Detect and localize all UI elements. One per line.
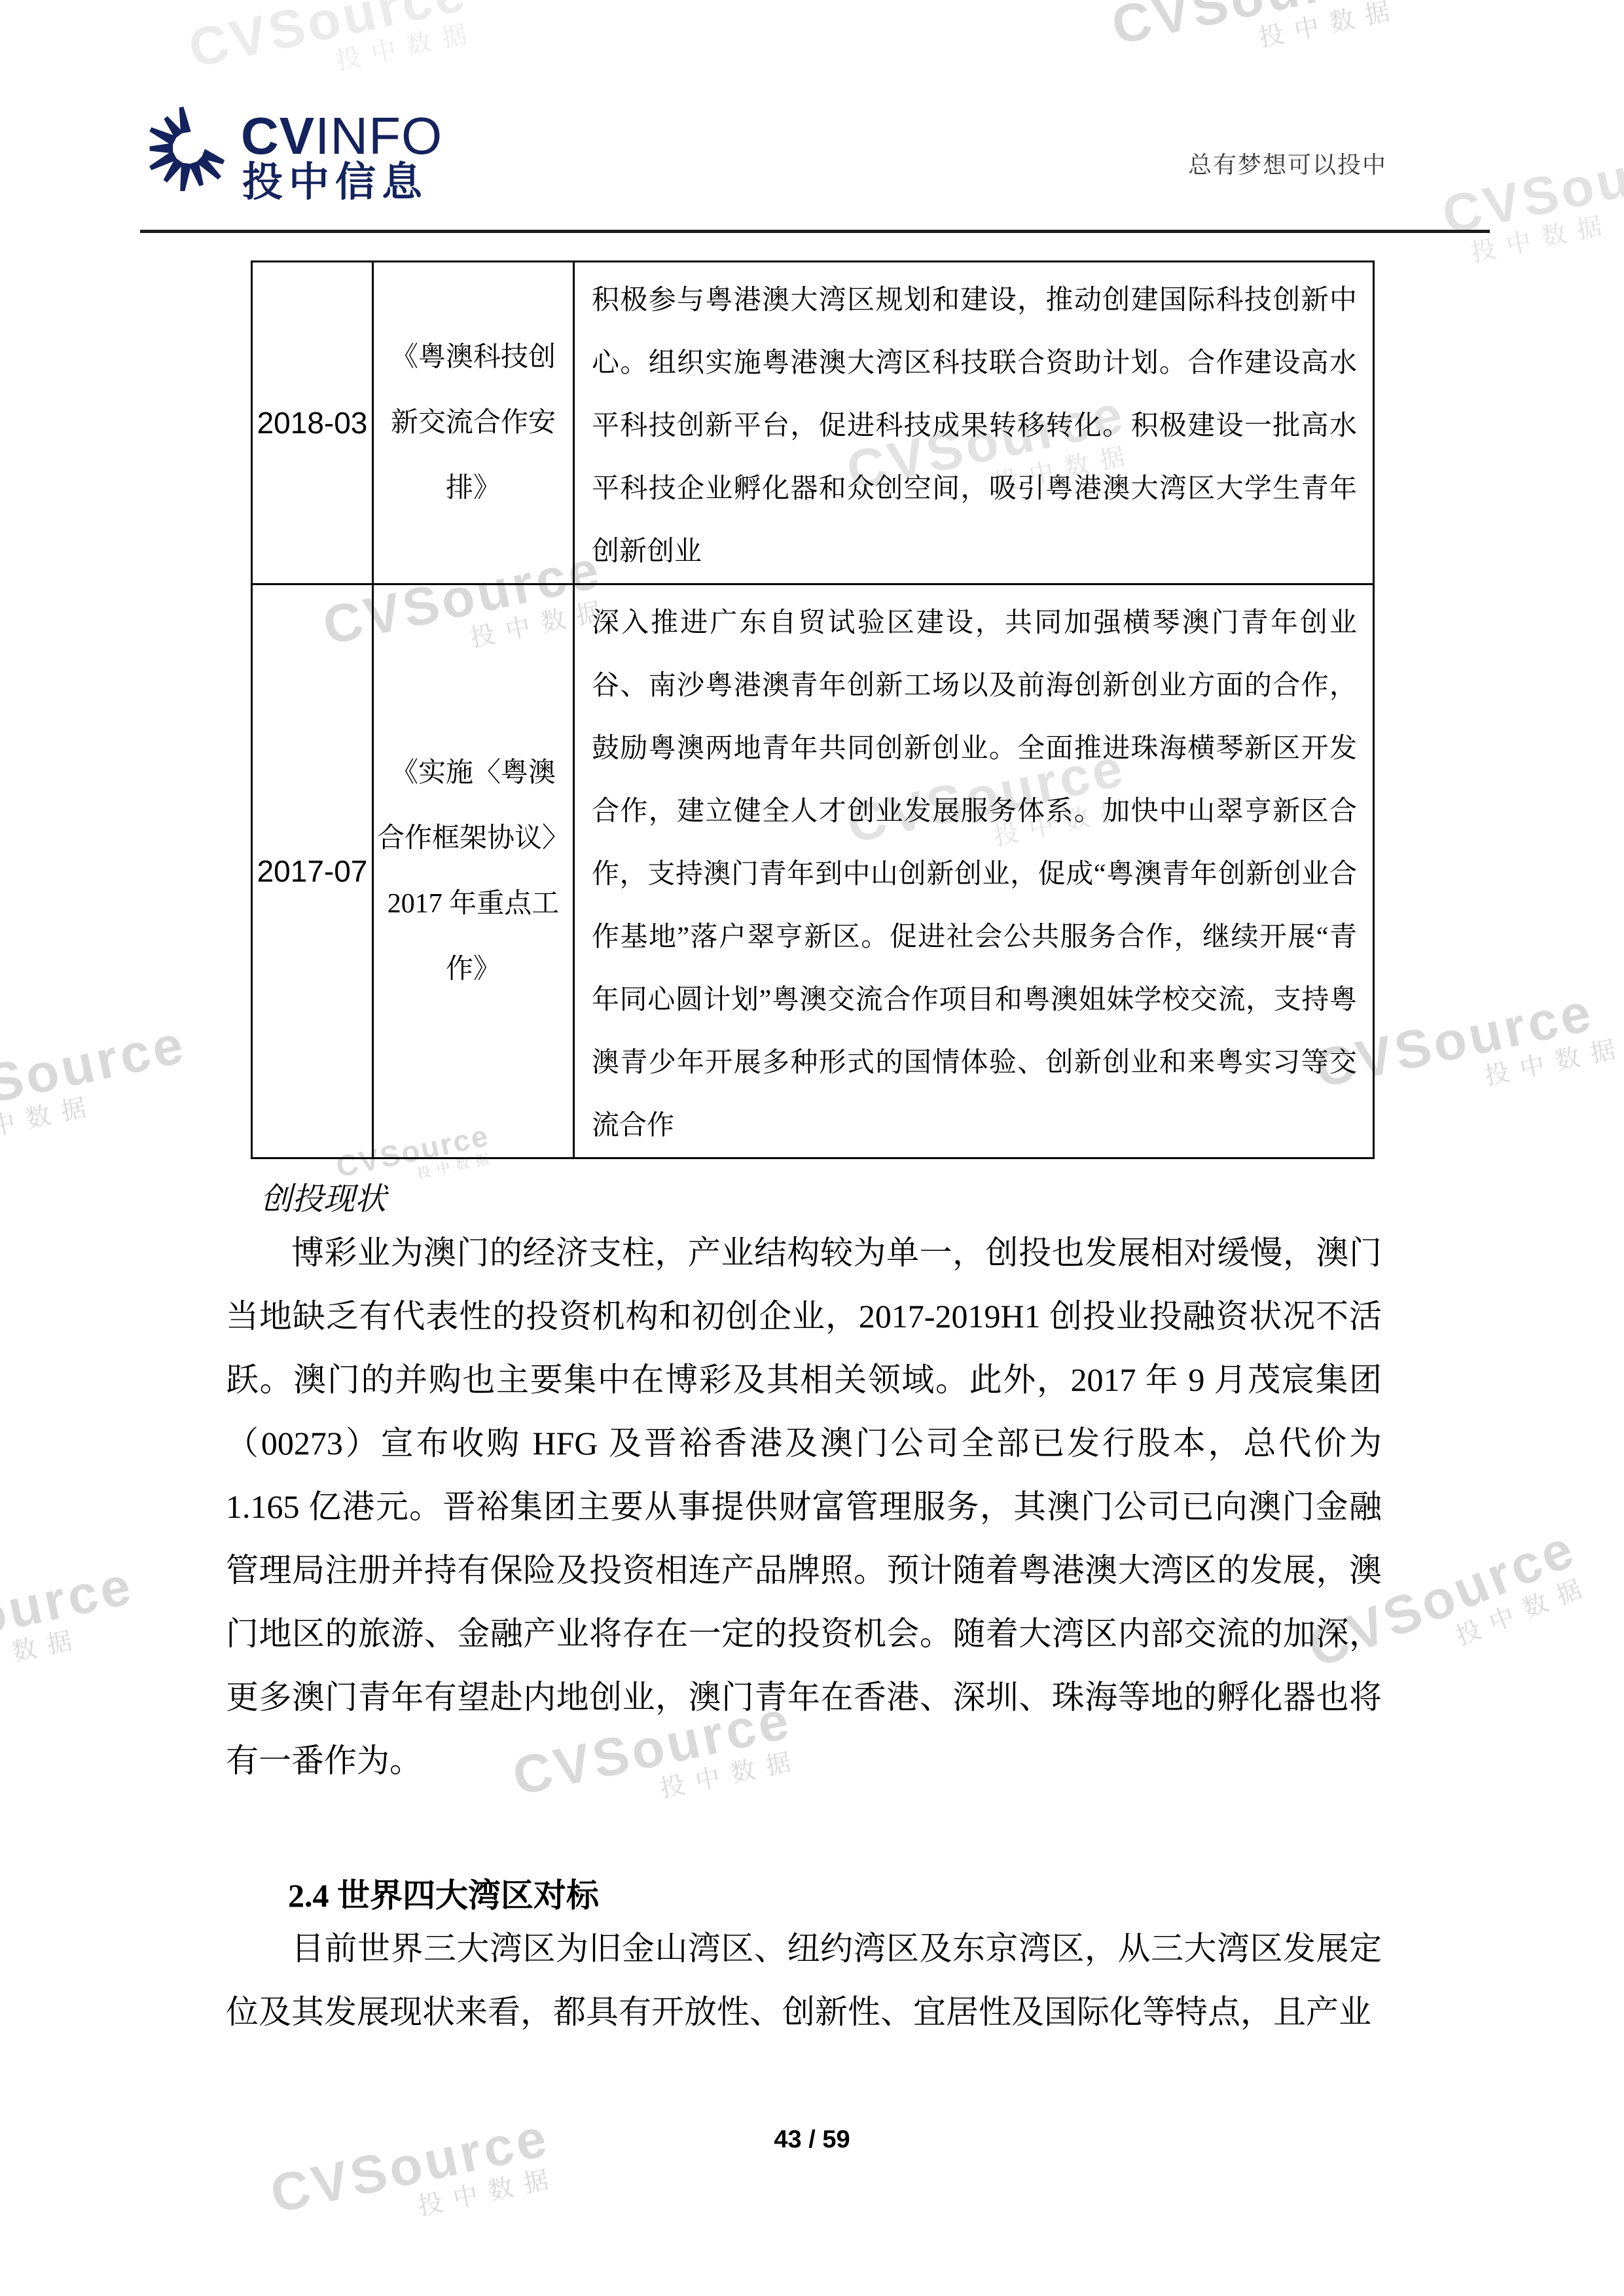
policy-date-cell: 2017-07 [252, 584, 373, 1158]
subheading-venture-status: 创投现状 [261, 1174, 386, 1219]
policy-name-cell: 《粤澳科技创 新交流合作安 排》 [373, 262, 574, 584]
policy-detail-cell: 积极参与粤港澳大湾区规划和建设，推动创建国际科技创新中心。组织实施粤港澳大湾区科… [574, 262, 1374, 584]
policy-detail-cell: 深入推进广东自贸试验区建设，共同加强横琴澳门青年创业谷、南沙粤港澳青年创新工场以… [574, 584, 1374, 1158]
paragraph-macau-venture: 博彩业为澳门的经济支柱，产业结构较为单一，创投也发展相对缓慢，澳门当地缺乏有代表… [226, 1221, 1382, 1793]
cvinfo-pinwheel-icon [145, 105, 232, 191]
policy-date-cell: 2018-03 [252, 262, 373, 584]
logo-wordmark: CVINFO [241, 110, 442, 162]
page-content: CVINFO 投中信息 总有梦想可以投中 2018-03 《粤澳科技创 新交流合… [0, 0, 1624, 2296]
section-heading-2-4: 2.4 世界四大湾区对标 [288, 1869, 599, 1916]
document-page: CVSource 投中数据 CVSource 投中数据 CVSource 投中数… [0, 0, 1624, 2296]
logo-chinese-name: 投中信息 [242, 162, 428, 203]
table-row: 2018-03 《粤澳科技创 新交流合作安 排》 积极参与粤港澳大湾区规划和建设… [252, 262, 1374, 584]
policy-name-cell: 《实施〈粤澳 合作框架协议〉 2017 年重点工 作》 [373, 584, 574, 1158]
logo-info: INFO [315, 107, 442, 165]
logo-cv: CV [241, 107, 315, 165]
table-row: 2017-07 《实施〈粤澳 合作框架协议〉 2017 年重点工 作》 深入推进… [252, 584, 1374, 1158]
paragraph-bay-areas: 目前世界三大湾区为旧金山湾区、纽约湾区及东京湾区，从三大湾区发展定位及其发展现状… [226, 1917, 1382, 2044]
header-rule [140, 230, 1490, 233]
header-tagline: 总有梦想可以投中 [1188, 147, 1387, 180]
page-number: 43 / 59 [0, 2126, 1624, 2154]
policy-table: 2018-03 《粤澳科技创 新交流合作安 排》 积极参与粤港澳大湾区规划和建设… [251, 260, 1375, 1159]
